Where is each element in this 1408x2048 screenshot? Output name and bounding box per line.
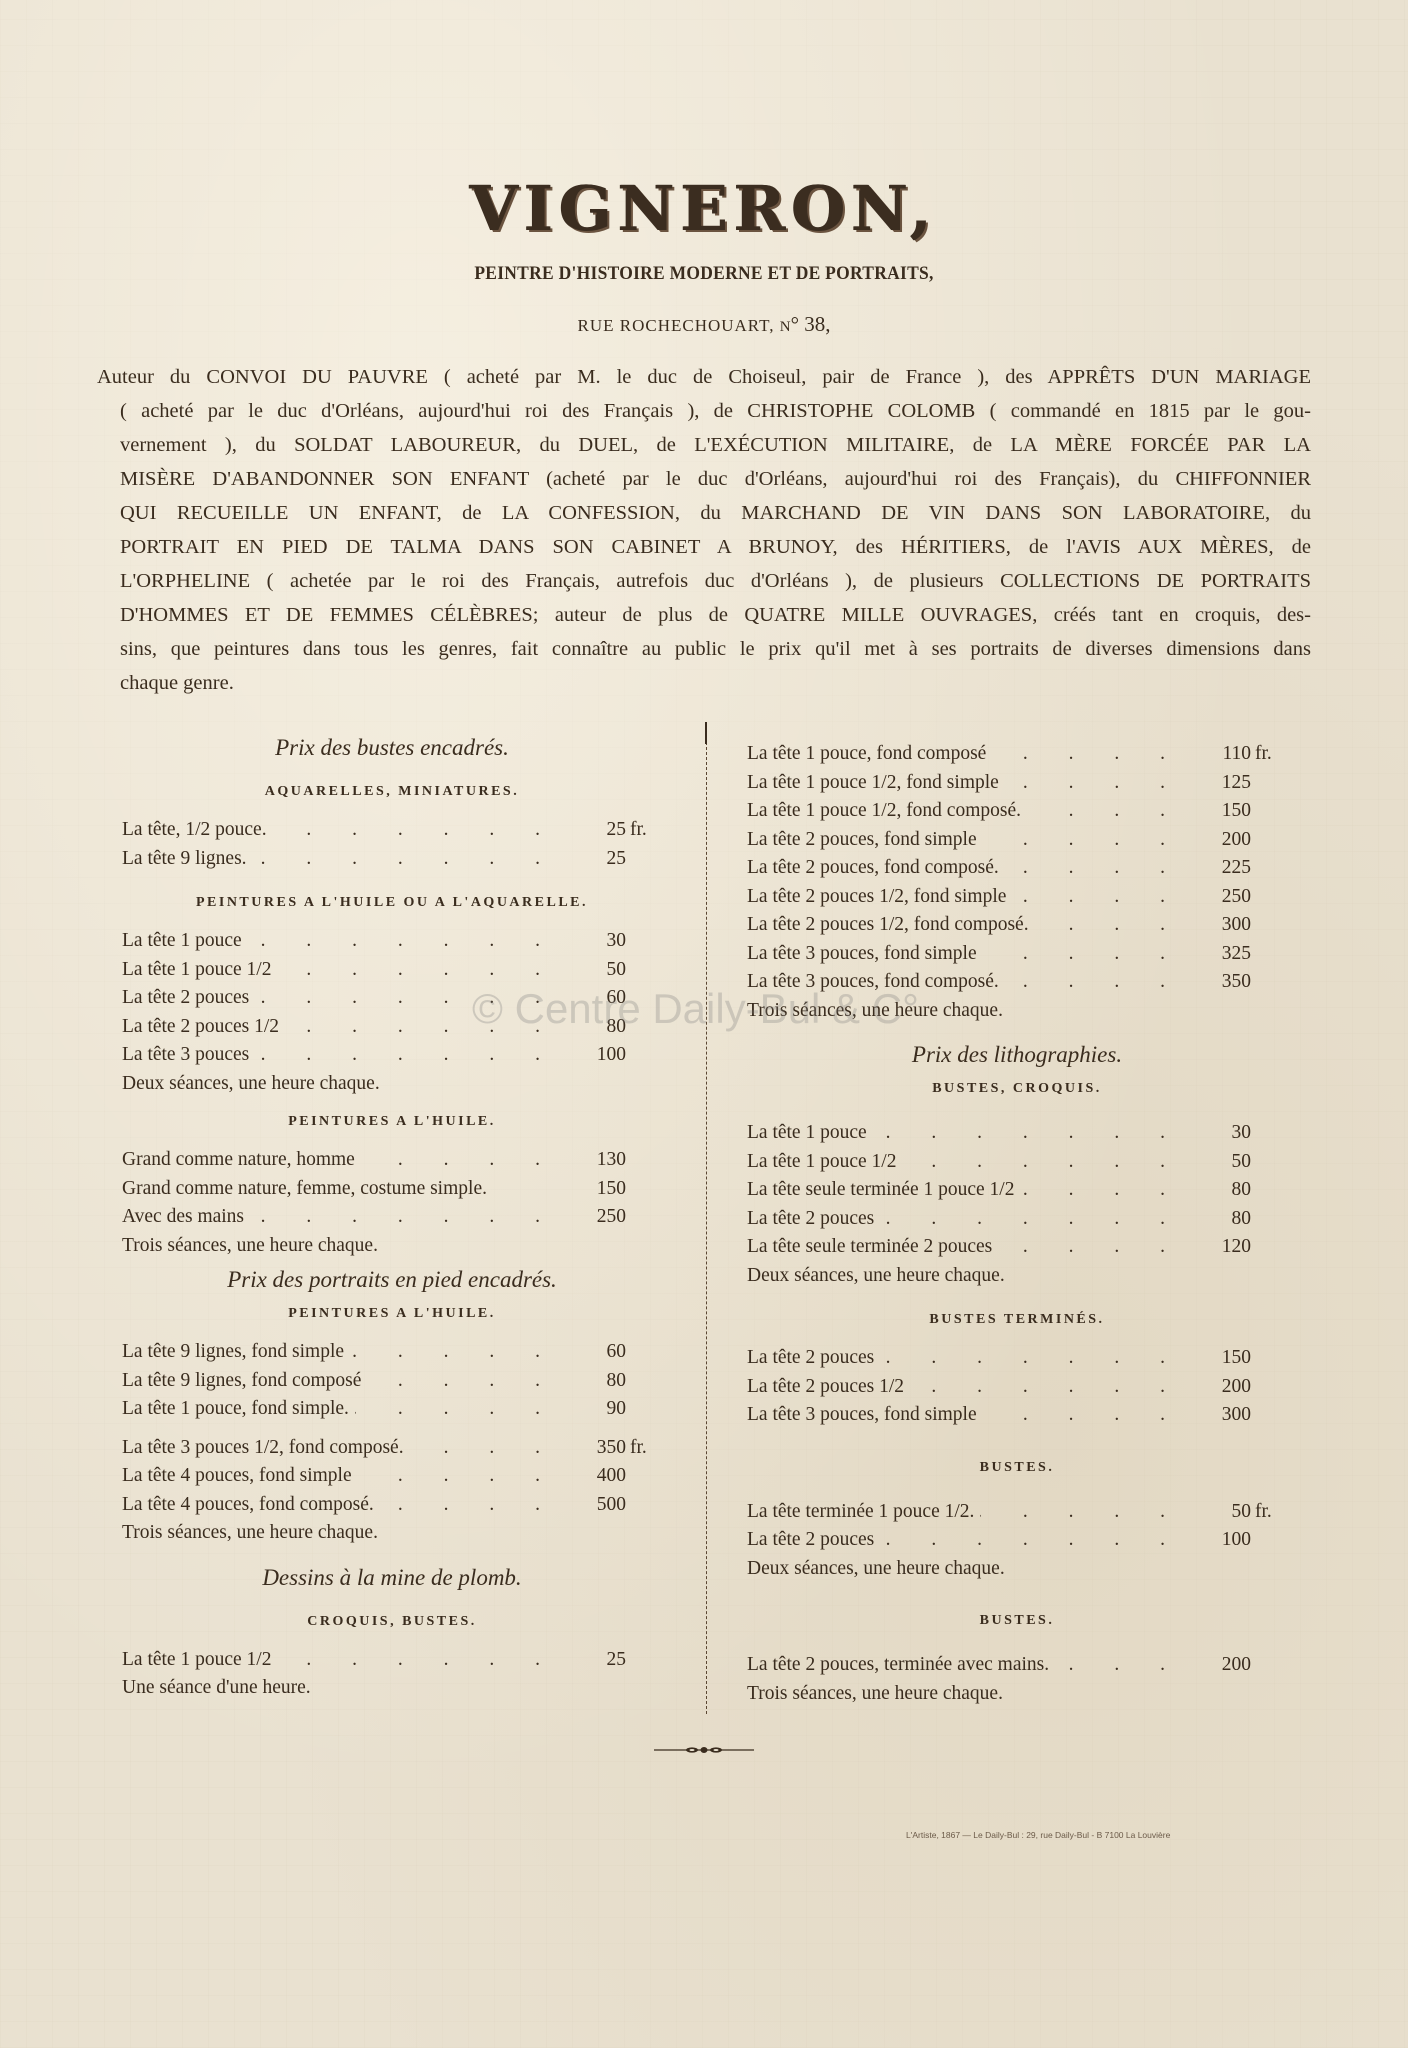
price-row: La tête 2 pouces 1/2, fond simple. . . .…: [747, 883, 1287, 912]
intro-line: MISÈRE D'ABANDONNER SON ENFANT (acheté p…: [97, 462, 1311, 496]
price-row: La tête 2 pouces. . . . . . . . . . . . …: [122, 984, 662, 1013]
price-row: La tête 3 pouces. . . . . . . . . . . . …: [122, 1041, 662, 1070]
subhead: PEINTURES A L'HUILE.: [122, 1108, 662, 1136]
price-row: La tête 1 pouce. . . . . . . . . . . . .…: [122, 927, 662, 956]
section-title-bustes-encadres: Prix des bustes encadrés.: [122, 728, 662, 768]
price-row: La tête 3 pouces, fond composé.. . . . .…: [747, 968, 1287, 997]
price-row: La tête terminée 1 pouce 1/2.. . . . . .…: [747, 1498, 1287, 1527]
price-row: La tête 3 pouces, fond simple. . . . . .…: [747, 1401, 1287, 1430]
price-row: La tête 4 pouces, fond composé.. . . . .…: [122, 1491, 662, 1520]
section-title-lithographies: Prix des lithographies.: [747, 1035, 1287, 1075]
intro-line: QUI RECUEILLE UN ENFANT, de LA CONFESSIO…: [97, 496, 1311, 530]
subhead: BUSTES, CROQUIS.: [747, 1075, 1287, 1103]
left-price-column: Prix des bustes encadrés. AQUARELLES, MI…: [122, 728, 662, 1703]
subhead: PEINTURES A L'HUILE.: [122, 1300, 662, 1328]
price-row: Avec des mains. . . . . . . . . . . . . …: [122, 1203, 662, 1232]
subtitle: PEINTRE D'HISTOIRE MODERNE ET DE PORTRAI…: [56, 263, 1351, 285]
address-street: RUE ROCHECHOUART,: [578, 316, 775, 335]
intro-line: sins, que peintures dans tous les genres…: [97, 632, 1311, 666]
session-note: Deux séances, une heure chaque.: [122, 1070, 662, 1099]
price-row: La tête 3 pouces 1/2, fond composé.. . .…: [122, 1434, 662, 1463]
price-row: La tête 2 pouces 1/2, fond composé.. . .…: [747, 911, 1287, 940]
session-note: Deux séances, une heure chaque.: [747, 1262, 1287, 1291]
price-row: La tête 2 pouces. . . . . . . . . . . . …: [747, 1344, 1287, 1373]
price-row: La tête 1 pouce 1/2. . . . . . . . . . .…: [747, 1148, 1287, 1177]
price-row: La tête 1 pouce. . . . . . . . . . . . .…: [747, 1119, 1287, 1148]
price-row: Grand comme nature, femme, costume simpl…: [122, 1175, 662, 1204]
price-row: La tête 2 pouces. . . . . . . . . . . . …: [747, 1526, 1287, 1555]
price-row: La tête 1 pouce, fond composé. . . . . .…: [747, 740, 1287, 769]
subhead: PEINTURES A L'HUILE OU A L'AQUARELLE.: [122, 889, 662, 917]
session-note: Trois séances, une heure chaque.: [747, 1680, 1287, 1709]
subhead: AQUARELLES, MINIATURES.: [122, 778, 662, 806]
price-row: La tête 2 pouces 1/2. . . . . . . . . . …: [747, 1373, 1287, 1402]
session-note: Une séance d'une heure.: [122, 1674, 662, 1703]
intro-line: Auteur du CONVOI DU PAUVRE ( acheté par …: [97, 360, 1311, 394]
intro-line: L'ORPHELINE ( achetée par le roi des Fra…: [97, 564, 1311, 598]
intro-line: D'HOMMES ET DE FEMMES CÉLÈBRES; auteur d…: [97, 598, 1311, 632]
price-row: La tête 3 pouces, fond simple. . . . . .…: [747, 940, 1287, 969]
price-row: La tête 4 pouces, fond simple. . . . . .…: [122, 1462, 662, 1491]
price-row: La tête 2 pouces, fond composé.. . . . .…: [747, 854, 1287, 883]
right-price-column: La tête 1 pouce, fond composé. . . . . .…: [747, 740, 1287, 1708]
price-row: La tête, 1/2 pouce.. . . . . . . . . . .…: [122, 816, 662, 845]
price-row: La tête 2 pouces, fond simple. . . . . .…: [747, 826, 1287, 855]
price-row: La tête 2 pouces. . . . . . . . . . . . …: [747, 1205, 1287, 1234]
intro-line: ( acheté par le duc d'Orléans, aujourd'h…: [97, 394, 1311, 428]
price-row: Grand comme nature, homme. . . . . . . .…: [122, 1146, 662, 1175]
session-note: Trois séances, une heure chaque.: [122, 1519, 662, 1548]
footer-credits: L'Artiste, 1867 — Le Daily-Bul : 29, rue…: [906, 1830, 1170, 1840]
session-note: Trois séances, une heure chaque.: [122, 1232, 662, 1261]
address-number: n° 38,: [780, 312, 831, 336]
price-row: La tête 9 lignes, fond simple. . . . . .…: [122, 1338, 662, 1367]
section-title-portraits-en-pied: Prix des portraits en pied encadrés.: [122, 1260, 662, 1300]
page-title: VIGNERON,: [0, 172, 1408, 245]
price-row: La tête 1 pouce 1/2. . . . . . . . . . .…: [122, 1646, 662, 1675]
session-note: Trois séances, une heure chaque.: [747, 997, 1287, 1026]
price-row: La tête 1 pouce 1/2, fond composé.. . . …: [747, 797, 1287, 826]
intro-line: PORTRAIT EN PIED DE TALMA DANS SON CABIN…: [97, 530, 1311, 564]
subhead: CROQUIS, BUSTES.: [122, 1608, 662, 1636]
ornament-divider-icon: [654, 1744, 754, 1756]
price-row: La tête 9 lignes.. . . . . . . . . . . .…: [122, 845, 662, 874]
session-note: Deux séances, une heure chaque.: [747, 1555, 1287, 1584]
price-row: La tête 2 pouces, terminée avec mains.. …: [747, 1651, 1287, 1680]
address: RUE ROCHECHOUART, n° 38,: [0, 312, 1408, 337]
column-divider: [706, 722, 707, 1714]
price-row: La tête 2 pouces 1/2. . . . . . . . . . …: [122, 1013, 662, 1042]
subhead: BUSTES.: [747, 1607, 1287, 1635]
intro-line: vernement ), du SOLDAT LABOUREUR, du DUE…: [97, 428, 1311, 462]
subhead: BUSTES TERMINÉS.: [747, 1306, 1287, 1334]
price-row: La tête seule terminée 1 pouce 1/2. . . …: [747, 1176, 1287, 1205]
price-row: La tête 9 lignes, fond composé. . . . . …: [122, 1367, 662, 1396]
intro-paragraph: Auteur du CONVOI DU PAUVRE ( acheté par …: [97, 360, 1311, 700]
section-title-dessins: Dessins à la mine de plomb.: [122, 1558, 662, 1598]
price-row: La tête seule terminée 2 pouces. . . . .…: [747, 1233, 1287, 1262]
price-row: La tête 1 pouce 1/2. . . . . . . . . . .…: [122, 956, 662, 985]
intro-line: chaque genre.: [97, 666, 1311, 700]
price-row: La tête 1 pouce 1/2, fond simple. . . . …: [747, 769, 1287, 798]
subhead: BUSTES.: [747, 1454, 1287, 1482]
price-row: La tête 1 pouce, fond simple.. . . . . .…: [122, 1395, 662, 1424]
